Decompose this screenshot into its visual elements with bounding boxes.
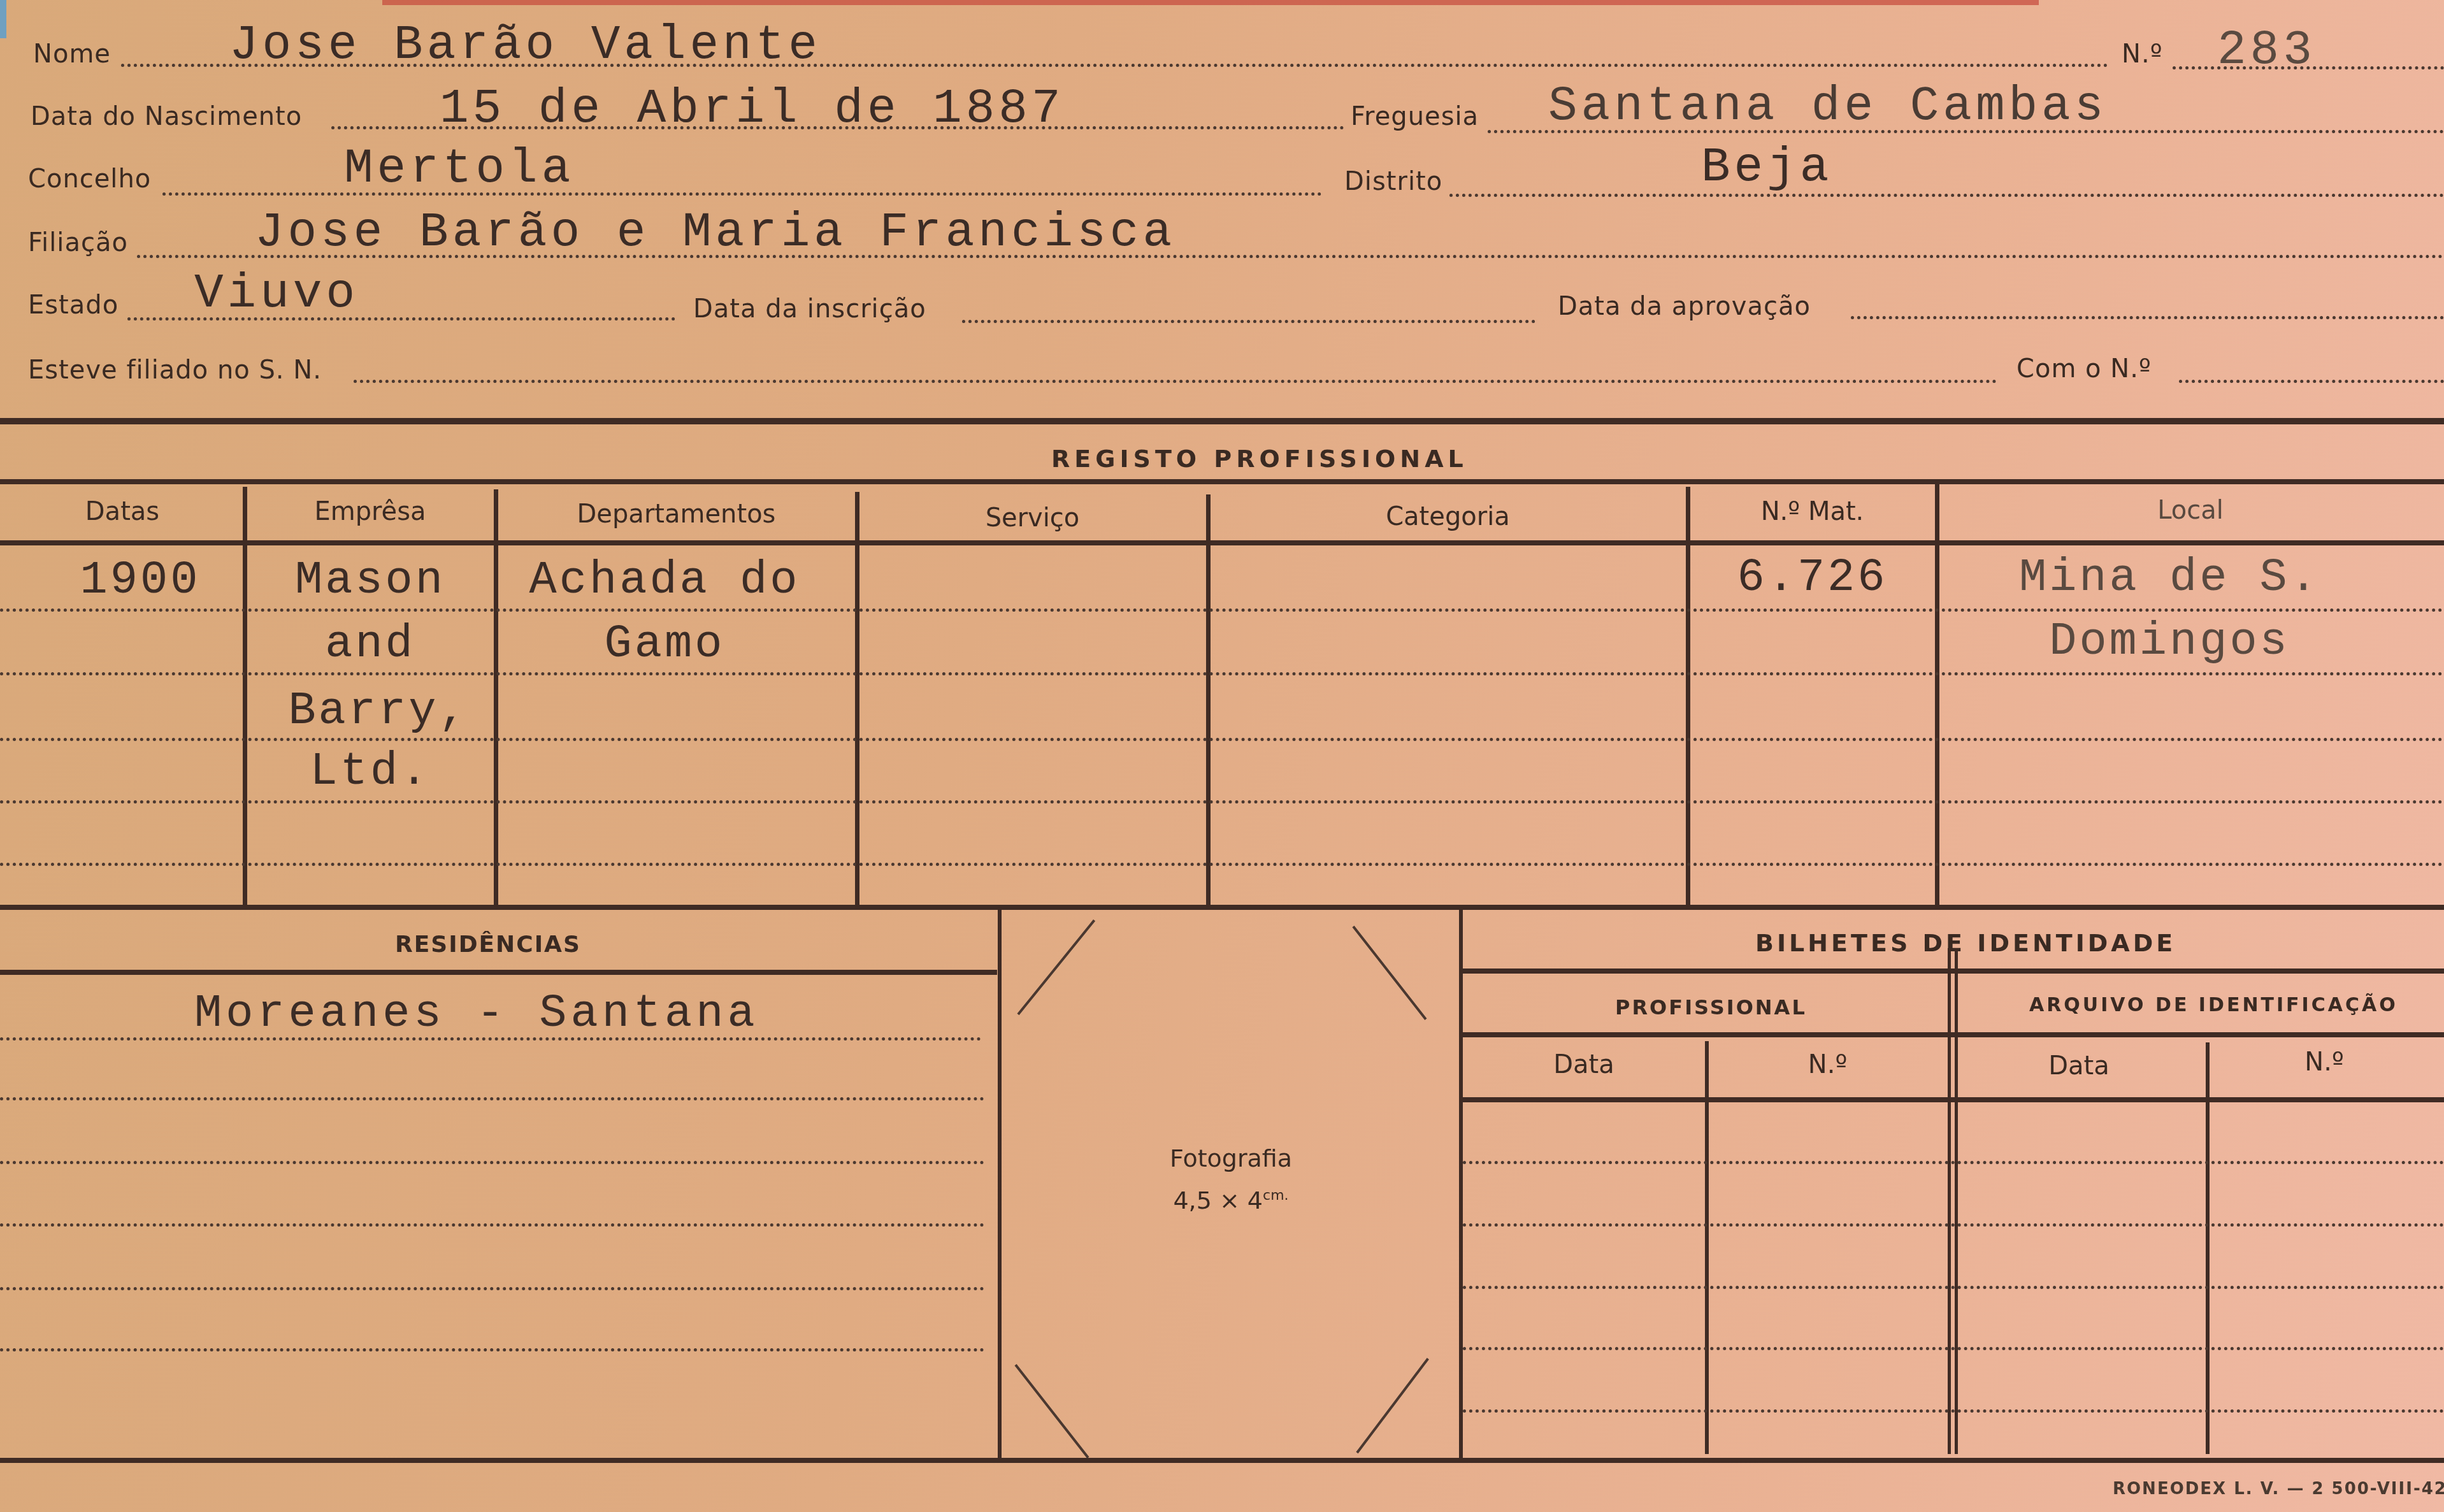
row-line bbox=[0, 672, 2444, 675]
residencia-line bbox=[0, 1223, 984, 1227]
profissional-col-numero: N.º bbox=[1707, 1050, 1948, 1079]
arquivo-title: ARQUIVO DE IDENTIFICAÇÃO bbox=[2029, 994, 2398, 1016]
bilhetes-title: BILHETES DE IDENTIDADE bbox=[1755, 929, 2176, 957]
cell-empresa-4: Ltd. bbox=[245, 745, 496, 798]
estado-label: Estado bbox=[28, 291, 119, 320]
residencias-rule bbox=[0, 970, 997, 975]
freguesia-value: Santana de Cambas bbox=[1548, 79, 2107, 134]
residencia-entry-1: Moreanes - Santana bbox=[194, 988, 759, 1040]
photo-left-border bbox=[998, 910, 1002, 1459]
concelho-line bbox=[162, 192, 1322, 196]
cell-datas-1: 1900 bbox=[0, 554, 280, 607]
photo-corner-mark bbox=[1356, 1358, 1429, 1453]
profissional-col-data: Data bbox=[1463, 1050, 1705, 1079]
col-divider bbox=[1686, 487, 1690, 907]
filiacao-value: Jose Barão e Maria Francisca bbox=[255, 205, 1175, 260]
profissional-title: PROFISSIONAL bbox=[1615, 995, 1807, 1019]
col-header-servico: Serviço bbox=[857, 503, 1208, 533]
row-line bbox=[0, 863, 2444, 866]
blue-edge bbox=[0, 0, 6, 38]
estado-value: Viuvo bbox=[194, 266, 359, 321]
residencias-title: RESIDÊNCIAS bbox=[395, 932, 581, 958]
inscricao-line bbox=[962, 320, 1535, 323]
bilhetes-rule bbox=[1463, 968, 2444, 974]
bilhetes-double-divider bbox=[1955, 948, 1958, 1454]
bilhetes-row-line bbox=[1463, 1347, 2444, 1350]
arquivo-col-divider bbox=[2206, 1042, 2210, 1454]
bilhetes-subheader-rule bbox=[1463, 1032, 2444, 1037]
cell-empresa-2: and bbox=[245, 618, 496, 670]
card-bottom-rule bbox=[0, 1458, 2444, 1463]
photo-size-value: 4,5 × 4 bbox=[1173, 1186, 1263, 1214]
bilhetes-header-rule bbox=[1463, 1097, 2444, 1102]
sn-label: Esteve filiado no S. N. bbox=[28, 356, 322, 385]
com-no-label: Com o N.º bbox=[2016, 354, 2152, 384]
aprovacao-line bbox=[1851, 316, 2444, 319]
cell-departamentos-2: Gamo bbox=[496, 618, 833, 670]
cell-local-1: Mina de S. bbox=[1937, 552, 2402, 604]
section-divider bbox=[0, 418, 2444, 424]
registo-top-rule bbox=[0, 479, 2444, 484]
residencia-line bbox=[0, 1037, 981, 1040]
photo-corner-mark bbox=[1352, 926, 1427, 1020]
registo-title: REGISTO PROFISSIONAL bbox=[1051, 445, 1468, 473]
registo-header-rule bbox=[0, 540, 2444, 545]
bilhetes-left-border bbox=[1459, 910, 1463, 1459]
col-divider bbox=[1935, 484, 1939, 907]
bilhetes-row-line bbox=[1463, 1223, 2444, 1227]
col-header-local: Local bbox=[1937, 496, 2444, 525]
numero-value: 283 bbox=[2217, 23, 2316, 78]
distrito-label: Distrito bbox=[1344, 167, 1442, 196]
printer-mark: RONEODEX L. V. — 2 500-VIII-42 bbox=[2113, 1480, 2444, 1499]
residencia-line bbox=[0, 1287, 984, 1290]
filiacao-label: Filiação bbox=[28, 228, 128, 257]
arquivo-col-numero: N.º bbox=[2204, 1048, 2444, 1077]
nome-label: Nome bbox=[33, 40, 111, 69]
photo-corner-mark bbox=[1014, 1364, 1089, 1458]
inscricao-label: Data da inscrição bbox=[693, 294, 926, 324]
row-line bbox=[0, 608, 2444, 612]
aprovacao-label: Data da aprovação bbox=[1558, 292, 1811, 321]
nascimento-label: Data do Nascimento bbox=[31, 102, 302, 131]
photo-size: 4,5 × 4cm. bbox=[1002, 1186, 1460, 1214]
concelho-label: Concelho bbox=[28, 164, 151, 194]
red-edge bbox=[382, 0, 2039, 5]
photo-corner-mark bbox=[1017, 919, 1095, 1015]
sn-line bbox=[354, 380, 1997, 383]
registration-card: Nome Jose Barão Valente N.º 283 Data do … bbox=[0, 0, 2444, 1512]
registo-bottom-rule bbox=[0, 905, 2444, 910]
col-header-datas: Datas bbox=[0, 497, 245, 526]
photo-label: Fotografia bbox=[1002, 1144, 1460, 1172]
nome-value: Jose Barão Valente bbox=[229, 18, 821, 73]
numero-label: N.º bbox=[2122, 40, 2162, 69]
col-header-departamentos: Departamentos bbox=[496, 500, 857, 529]
cell-local-2: Domingos bbox=[1937, 616, 2402, 668]
cell-empresa-1: Mason bbox=[245, 554, 496, 607]
bilhetes-row-line bbox=[1463, 1286, 2444, 1289]
photo-size-unit: cm. bbox=[1263, 1188, 1289, 1204]
col-header-categoria: Categoria bbox=[1208, 502, 1688, 531]
distrito-line bbox=[1449, 194, 2444, 197]
profissional-col-divider bbox=[1705, 1041, 1709, 1454]
col-header-empresa: Emprêsa bbox=[245, 497, 496, 526]
cell-mat-1: 6.726 bbox=[1688, 552, 1937, 604]
com-no-line bbox=[2179, 380, 2444, 383]
cell-empresa-3: Barry, bbox=[245, 685, 512, 737]
nascimento-value: 15 de Abril de 1887 bbox=[440, 82, 1065, 136]
bilhetes-row-line bbox=[1463, 1161, 2444, 1164]
residencia-line bbox=[0, 1161, 984, 1164]
concelho-value: Mertola bbox=[344, 141, 574, 196]
distrito-value: Beja bbox=[1701, 140, 1832, 195]
row-line bbox=[0, 800, 2444, 803]
col-header-mat: N.º Mat. bbox=[1688, 497, 1937, 526]
cell-departamentos-1: Achada do bbox=[496, 554, 833, 607]
col-divider bbox=[855, 492, 859, 907]
arquivo-col-data: Data bbox=[1958, 1051, 2200, 1081]
residencia-line bbox=[0, 1348, 984, 1351]
col-divider bbox=[1206, 494, 1211, 907]
freguesia-label: Freguesia bbox=[1351, 102, 1479, 131]
residencia-line bbox=[0, 1097, 984, 1100]
bilhetes-double-divider bbox=[1948, 948, 1951, 1454]
bilhetes-row-line bbox=[1463, 1409, 2444, 1413]
row-line bbox=[0, 738, 2444, 741]
